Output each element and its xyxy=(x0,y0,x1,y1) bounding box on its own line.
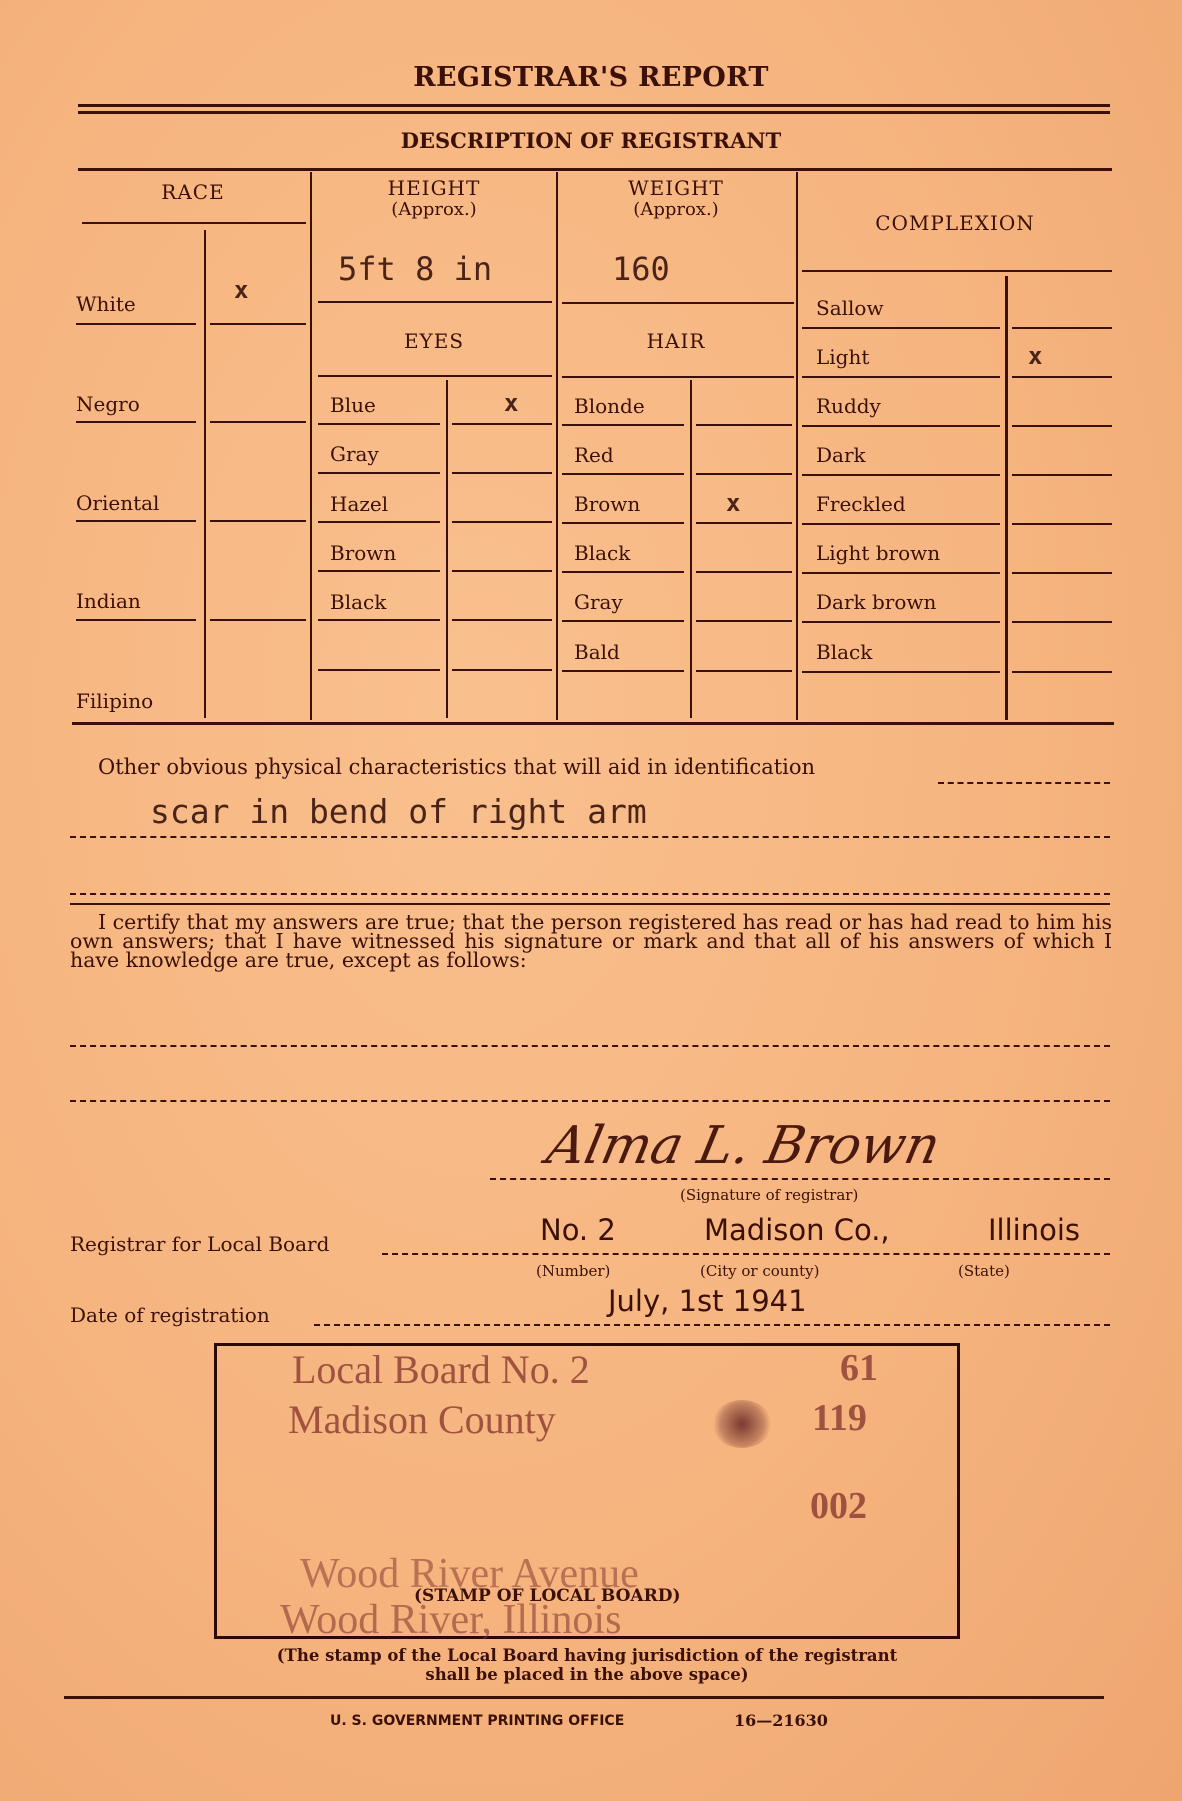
complexion-option-light-brown: Light brown xyxy=(816,541,940,565)
eyes-option-blue: Blue xyxy=(330,393,376,417)
race-white-mark[interactable]: x xyxy=(234,276,248,304)
row-rule xyxy=(562,571,684,573)
row-rule xyxy=(452,619,552,621)
row-rule xyxy=(452,669,552,671)
race-mark-rule xyxy=(210,421,306,423)
signature-line xyxy=(490,1178,1110,1180)
row-rule xyxy=(802,523,1000,525)
stamp-note: (The stamp of the Local Board having jur… xyxy=(214,1646,960,1684)
certification-text: I certify that my answers are true; that… xyxy=(70,913,1112,970)
divider-eyes-mark xyxy=(446,380,448,718)
row-rule xyxy=(1012,671,1112,673)
row-rule xyxy=(452,423,552,425)
weight-rule xyxy=(562,302,794,304)
height-header-note: (Approx.) xyxy=(312,199,556,220)
stamp-number-3: 002 xyxy=(810,1484,867,1528)
divider-race-height xyxy=(310,172,312,720)
stamp-note-line-2: shall be placed in the above space) xyxy=(214,1665,960,1684)
row-rule xyxy=(562,670,684,672)
height-value: 5ft 8 in xyxy=(338,250,492,288)
row-rule xyxy=(802,671,1000,673)
county-caption: (City or county) xyxy=(700,1262,819,1280)
title-double-rule-bottom xyxy=(78,111,1110,114)
row-rule xyxy=(452,472,552,474)
form-number: 16—21630 xyxy=(734,1711,828,1730)
row-rule xyxy=(802,474,1000,476)
hair-option-blonde: Blonde xyxy=(574,394,645,418)
row-rule xyxy=(696,620,792,622)
race-mark-rule xyxy=(210,619,306,621)
row-rule xyxy=(1012,572,1112,574)
height-rule xyxy=(318,301,552,303)
eyes-blue-mark[interactable]: x xyxy=(504,389,518,417)
local-board-county: Madison Co., xyxy=(704,1213,890,1247)
row-rule xyxy=(696,522,792,524)
hair-header: HAIR xyxy=(558,331,794,352)
complexion-option-black: Black xyxy=(816,640,872,664)
page-title: REGISTRAR'S REPORT xyxy=(0,62,1182,93)
eyes-option-black: Black xyxy=(330,590,386,614)
local-board-number: No. 2 xyxy=(540,1213,616,1247)
complexion-header: COMPLEXION xyxy=(798,213,1112,234)
footer-rule xyxy=(64,1696,1104,1699)
eyes-option-gray: Gray xyxy=(330,442,379,466)
row-rule xyxy=(318,669,440,671)
weight-header: WEIGHT (Approx.) xyxy=(558,178,794,220)
divider-complexion-mark xyxy=(1005,276,1008,720)
race-option-white: White xyxy=(76,292,136,316)
race-option-filipino: Filipino xyxy=(76,689,153,713)
row-rule xyxy=(562,522,684,524)
race-header-rule xyxy=(82,222,306,224)
row-rule xyxy=(696,670,792,672)
height-header: HEIGHT (Approx.) xyxy=(312,178,556,220)
exceptions-line-2 xyxy=(70,1100,1110,1102)
row-rule xyxy=(696,473,792,475)
hair-header-rule xyxy=(562,376,794,378)
complexion-option-ruddy: Ruddy xyxy=(816,394,881,418)
other-characteristics-value[interactable]: scar in bend of right arm xyxy=(150,792,647,831)
race-row-rule xyxy=(76,619,196,621)
row-rule xyxy=(802,621,1000,623)
race-row-rule xyxy=(76,421,196,423)
row-rule xyxy=(452,570,552,572)
table-bottom-rule xyxy=(72,722,1114,725)
number-caption: (Number) xyxy=(536,1262,610,1280)
title-double-rule-top xyxy=(78,104,1110,107)
complexion-option-dark-brown: Dark brown xyxy=(816,590,936,614)
complexion-header-rule xyxy=(802,270,1112,272)
row-rule xyxy=(318,619,440,621)
registration-date-line xyxy=(314,1324,1110,1326)
race-row-rule xyxy=(76,323,196,325)
divider-weight-complexion xyxy=(796,172,798,720)
table-top-rule xyxy=(78,168,1112,171)
complexion-option-freckled: Freckled xyxy=(816,492,906,516)
printer-label: U. S. GOVERNMENT PRINTING OFFICE xyxy=(330,1713,624,1729)
row-rule xyxy=(318,472,440,474)
hair-option-black: Black xyxy=(574,541,630,565)
row-rule xyxy=(1012,474,1112,476)
signature-caption: (Signature of registrar) xyxy=(680,1186,858,1204)
hair-option-gray: Gray xyxy=(574,590,623,614)
divider-hair-mark xyxy=(690,380,692,718)
complexion-light-mark[interactable]: x xyxy=(1028,342,1042,370)
stamp-line-1: Local Board No. 2 xyxy=(292,1346,590,1393)
complexion-option-light: Light xyxy=(816,345,869,369)
row-rule xyxy=(562,424,684,426)
weight-value: 160 xyxy=(612,250,670,288)
row-rule xyxy=(802,572,1000,574)
divider-height-weight xyxy=(556,172,558,720)
row-rule xyxy=(802,327,1000,329)
row-rule xyxy=(318,423,440,425)
row-rule xyxy=(562,473,684,475)
registration-date-value: July, 1st 1941 xyxy=(608,1284,807,1318)
row-rule xyxy=(452,521,552,523)
hair-option-red: Red xyxy=(574,443,614,467)
row-rule xyxy=(562,620,684,622)
weight-header-note: (Approx.) xyxy=(558,199,794,220)
row-rule xyxy=(318,521,440,523)
stamp-note-line-1: (The stamp of the Local Board having jur… xyxy=(214,1646,960,1665)
eyes-header-rule xyxy=(318,375,552,377)
row-rule xyxy=(1012,425,1112,427)
state-caption: (State) xyxy=(958,1262,1010,1280)
stamp-number-2: 119 xyxy=(812,1396,867,1440)
stamp-caption: (STAMP OF LOCAL BOARD) xyxy=(414,1586,681,1606)
row-rule xyxy=(696,424,792,426)
other-label-dashes xyxy=(938,782,1110,784)
stamp-line-2: Madison County xyxy=(288,1396,556,1443)
eyes-option-hazel: Hazel xyxy=(330,492,388,516)
row-rule xyxy=(1012,523,1112,525)
hair-brown-mark[interactable]: x xyxy=(726,489,740,517)
section-rule xyxy=(70,903,1110,905)
eyes-option-brown: Brown xyxy=(330,541,396,565)
race-option-indian: Indian xyxy=(76,589,141,613)
complexion-option-dark: Dark xyxy=(816,443,866,467)
other-characteristics-label: Other obvious physical characteristics t… xyxy=(98,758,815,777)
divider-race-mark xyxy=(204,230,206,718)
registrar-signature: Alma L. Brown xyxy=(542,1116,946,1176)
hair-option-bald: Bald xyxy=(574,640,620,664)
local-board-line xyxy=(382,1253,1110,1255)
row-rule xyxy=(802,376,1000,378)
other-line-2 xyxy=(70,893,1110,895)
race-header: RACE xyxy=(78,182,308,203)
race-option-oriental: Oriental xyxy=(76,491,159,515)
race-mark-rule xyxy=(210,520,306,522)
hair-option-brown: Brown xyxy=(574,492,640,516)
row-rule xyxy=(318,570,440,572)
local-board-state: Illinois xyxy=(988,1213,1080,1247)
weight-header-label: WEIGHT xyxy=(628,176,724,200)
exceptions-line-1 xyxy=(70,1045,1110,1047)
row-rule xyxy=(1012,621,1112,623)
race-row-rule xyxy=(76,520,196,522)
local-board-label: Registrar for Local Board xyxy=(70,1232,329,1256)
row-rule xyxy=(1012,327,1112,329)
race-mark-rule xyxy=(210,323,306,325)
row-rule xyxy=(1012,376,1112,378)
eyes-header: EYES xyxy=(312,331,556,352)
height-header-label: HEIGHT xyxy=(388,176,481,200)
stamp-number-1: 61 xyxy=(840,1346,878,1390)
other-line-1 xyxy=(70,836,1110,838)
row-rule xyxy=(802,425,1000,427)
row-rule xyxy=(696,571,792,573)
registration-date-label: Date of registration xyxy=(70,1303,270,1327)
section-title: DESCRIPTION OF REGISTRANT xyxy=(0,128,1182,153)
race-option-negro: Negro xyxy=(76,392,140,416)
complexion-option-sallow: Sallow xyxy=(816,296,884,320)
stamp-smudge xyxy=(712,1400,772,1448)
